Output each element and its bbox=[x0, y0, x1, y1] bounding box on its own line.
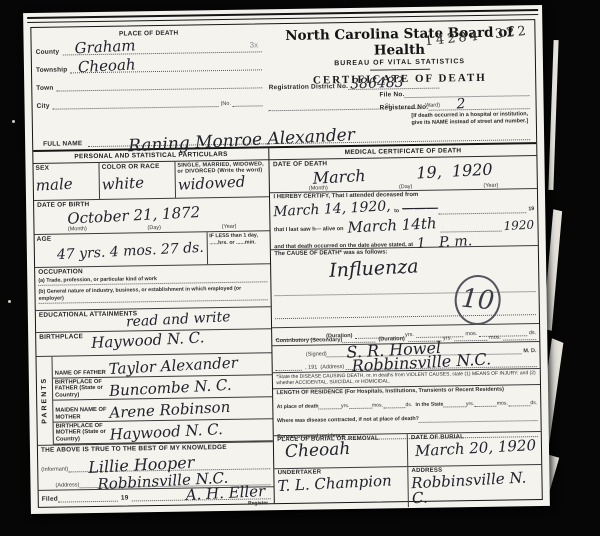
state-mos-line bbox=[474, 396, 497, 407]
county-value: Graham bbox=[74, 38, 136, 56]
parents-block: PARENTS NAME OF FATHER Taylor Alexander … bbox=[36, 353, 273, 446]
burial-place-cell: PLACE OF BURIAL OR REMOVAL Cheoah bbox=[274, 434, 407, 468]
undertaker-cell: UNDERTAKER T. L. Champion bbox=[275, 467, 408, 509]
dob-year-sublabel: (Year) bbox=[222, 224, 237, 230]
md-label: M. D. bbox=[523, 348, 536, 354]
filed-registrar-line: A. H. Eller Register. bbox=[131, 488, 271, 501]
at-place-label: At place of death bbox=[277, 404, 319, 411]
in-state-label: In the State bbox=[415, 402, 443, 408]
physician-address-label: (Address) bbox=[320, 364, 344, 370]
state-ds-line bbox=[508, 395, 531, 406]
last-saw-year: 1920 bbox=[504, 218, 535, 232]
burial-date-value: March 20, 1920 bbox=[415, 438, 537, 459]
county-pencil-mark: 3x bbox=[250, 40, 259, 49]
cause-value: Influenza bbox=[329, 257, 419, 281]
at-place-ds-line bbox=[383, 397, 406, 408]
filed-year-label: 19 bbox=[121, 494, 129, 501]
occupation-row: OCCUPATION (a) Trade, profession, or par… bbox=[35, 265, 271, 311]
header-section: PLACE OF DEATH County Graham 3x Township… bbox=[31, 20, 536, 152]
undertaker-address-value: Robbinsville N. C. bbox=[411, 470, 539, 506]
town-label: Town bbox=[36, 85, 53, 92]
mother-birthplace-value: Haywood N. C. bbox=[109, 422, 223, 443]
physician-address-line: Robbinsville N.C. bbox=[346, 356, 537, 370]
date-191-line bbox=[276, 360, 302, 371]
year-191-label: , 191 bbox=[305, 364, 317, 370]
town-line bbox=[56, 77, 262, 91]
registrar-label: Register. bbox=[248, 500, 269, 506]
dod-year-sublabel: (Year) bbox=[483, 182, 498, 188]
township-line: Cheoah bbox=[70, 59, 262, 73]
mother-name-value: Arene Robinson bbox=[109, 400, 231, 421]
scan-speck bbox=[8, 300, 11, 303]
registration-district-label: Registration District No. bbox=[269, 83, 349, 91]
registration-district-line: 386483 bbox=[348, 78, 440, 90]
divider-rule bbox=[370, 69, 430, 71]
mother-name-label: MAIDEN NAME OF MOTHER bbox=[55, 407, 109, 421]
paper-stack-edge bbox=[548, 40, 558, 190]
contributory-ds-line bbox=[503, 329, 536, 341]
scan-speck bbox=[12, 120, 15, 123]
age-less-label: IF LESS than 1 day, ......hrs. or ......… bbox=[209, 232, 268, 247]
mother-birthplace-row: BIRTHPLACE OF MOTHER (State or Country) … bbox=[54, 419, 274, 444]
date-of-death-row: DATE OF DEATH March 19, 1920 (Month) (Da… bbox=[270, 156, 537, 193]
certificate-form: PLACE OF DEATH County Graham 3x Township… bbox=[30, 19, 542, 508]
cause-of-death-block: The CAUSE OF DEATH* was as follows: Infl… bbox=[271, 246, 539, 328]
informant-address-label: (Address) bbox=[55, 482, 79, 488]
age-cell: AGE 47 yrs. 4 mos. 27 ds. bbox=[35, 232, 207, 267]
certify-19: 19 bbox=[528, 206, 534, 213]
certify-block: I HEREBY CERTIFY, That I attended deceas… bbox=[270, 189, 537, 250]
county-line: Graham 3x bbox=[62, 41, 262, 55]
ap-yrs: yrs. bbox=[341, 403, 349, 409]
city-no-line bbox=[233, 95, 263, 106]
at-place-yrs-line bbox=[318, 398, 341, 409]
cause-footnote: *State the DISEASE CAUSING DEATH, or, in… bbox=[276, 370, 537, 387]
st-mos: mos. bbox=[497, 401, 508, 407]
contracted-label: Where was disease contracted, if not at … bbox=[277, 416, 419, 425]
informant-label: (Informant) bbox=[41, 467, 68, 473]
dob-value: October 21, 1872 bbox=[67, 205, 201, 227]
registered-no-value: 2 bbox=[456, 97, 466, 111]
burial-place-value: Cheoah bbox=[285, 441, 351, 461]
personal-column: PERSONAL AND STATISTICAL PARTICULARS SEX… bbox=[33, 148, 275, 507]
to-label: to bbox=[394, 208, 399, 215]
ward-line bbox=[395, 98, 423, 109]
father-birthplace-label: BIRTHPLACE OF FATHER (State or Country) bbox=[55, 379, 109, 400]
occupation-b-label: (b) General nature of industry, business… bbox=[38, 283, 268, 304]
parents-label-text: PARENTS bbox=[41, 377, 49, 424]
ward-label: Ward) bbox=[425, 103, 440, 109]
signed-label: (Signed) bbox=[306, 351, 327, 357]
st-ds: ds. bbox=[530, 400, 537, 406]
burial-row: PLACE OF BURIAL OR REMOVAL Cheoah DATE O… bbox=[274, 432, 541, 469]
age-value: 47 yrs. 4 mos. 27 ds. bbox=[57, 241, 204, 262]
last-saw-value: March 14th bbox=[347, 216, 437, 235]
undertaker-value: T. L. Champion bbox=[278, 473, 393, 494]
filed-label: Filed bbox=[42, 496, 58, 503]
dob-day-sublabel: (Day) bbox=[147, 225, 161, 231]
ap-mos: mos. bbox=[372, 403, 383, 409]
father-name-label: NAME OF FATHER bbox=[55, 370, 109, 378]
scanned-death-certificate: { "stamp": { "numbers": "14284 322" }, "… bbox=[0, 0, 600, 536]
to-scribble: ——— bbox=[402, 200, 438, 215]
state-yrs-line bbox=[443, 396, 466, 407]
undertaker-address-cell: ADDRESS Robbinsville N. C. bbox=[407, 465, 541, 507]
dod-day-sublabel: (Day) bbox=[399, 184, 413, 190]
registered-no-line: 2 bbox=[428, 98, 529, 111]
filed-row: Filed 19 A. H. Eller Register. bbox=[39, 487, 275, 507]
contributory-mos: mos. bbox=[489, 334, 501, 340]
place-of-death-block: PLACE OF DEATH County Graham 3x Township… bbox=[31, 24, 269, 132]
parents-vertical-label: PARENTS bbox=[36, 356, 53, 444]
at-place-mos-line bbox=[349, 398, 372, 409]
st-yrs: yrs. bbox=[466, 401, 474, 407]
contracted-line bbox=[419, 410, 538, 423]
contributory-label: Contributory (Secondary) bbox=[276, 337, 343, 344]
mother-birthplace-label: BIRTHPLACE OF MOTHER (State or Country) bbox=[56, 423, 110, 444]
county-label: County bbox=[36, 49, 60, 56]
registration-district-value: 386483 bbox=[350, 76, 404, 92]
birthplace-value: Haywood N. C. bbox=[91, 331, 205, 352]
city-label: City bbox=[37, 103, 50, 110]
residence-block: LENGTH OF RESIDENCE (For Hospitals, Inst… bbox=[273, 385, 540, 436]
medical-column: MEDICAL CERTIFICATE OF DEATH DATE OF DEA… bbox=[270, 144, 542, 503]
father-birthplace-value: Buncombe N. C. bbox=[109, 377, 232, 398]
color-label: COLOR OR RACE bbox=[102, 163, 173, 171]
city-no-label: (No. bbox=[221, 101, 231, 107]
township-label: Township bbox=[36, 66, 68, 73]
burial-date-cell: DATE OF BURIAL March 20, 1920 bbox=[407, 432, 541, 466]
circled-number-text: 10 bbox=[460, 283, 496, 316]
if-less-cell: IF LESS than 1 day, ......hrs. or ......… bbox=[206, 231, 270, 264]
city-line bbox=[53, 96, 219, 110]
full-name-label: FULL NAME bbox=[43, 140, 82, 148]
last-saw-line bbox=[441, 220, 502, 232]
attestation-label: THE ABOVE IS TRUE TO THE BEST OF MY KNOW… bbox=[41, 443, 270, 454]
age-row: AGE 47 yrs. 4 mos. 27 ds. IF LESS than 1… bbox=[35, 231, 271, 268]
father-name-value: Taylor Alexander bbox=[108, 355, 238, 377]
last-saw-label: that I last saw h— alive on bbox=[274, 226, 344, 234]
color-value: white bbox=[102, 175, 145, 192]
color-cell: COLOR OR RACE white bbox=[99, 162, 175, 199]
sex-color-marital-row: SEX male COLOR OR RACE white SINGLE, MAR… bbox=[33, 160, 269, 201]
st-label: St.; bbox=[385, 103, 393, 109]
marital-cell: SINGLE, MARRIED, WIDOWED, or DIVORCED (W… bbox=[174, 160, 269, 198]
certificate-paper: PLACE OF DEATH County Graham 3x Township… bbox=[23, 5, 550, 514]
education-value: read and write bbox=[126, 310, 231, 329]
street-line bbox=[269, 98, 383, 111]
to-line bbox=[438, 202, 526, 214]
marital-value: widowed bbox=[177, 174, 245, 192]
contributory-mos-line bbox=[454, 330, 487, 342]
sex-cell: SEX male bbox=[33, 163, 99, 200]
ap-ds: ds. bbox=[405, 402, 412, 408]
attended-from-value: March 14, 1920, bbox=[273, 199, 391, 219]
sex-value: male bbox=[35, 176, 73, 193]
township-value: Cheoah bbox=[78, 57, 136, 75]
filed-date-line bbox=[58, 491, 118, 503]
dob-row: DATE OF BIRTH October 21, 1872 (Month) (… bbox=[34, 197, 270, 235]
sex-label: SEX bbox=[35, 164, 96, 172]
undertaker-row: UNDERTAKER T. L. Champion ADDRESS Robbin… bbox=[275, 465, 542, 509]
contributory-yrs: yrs. bbox=[443, 335, 452, 341]
